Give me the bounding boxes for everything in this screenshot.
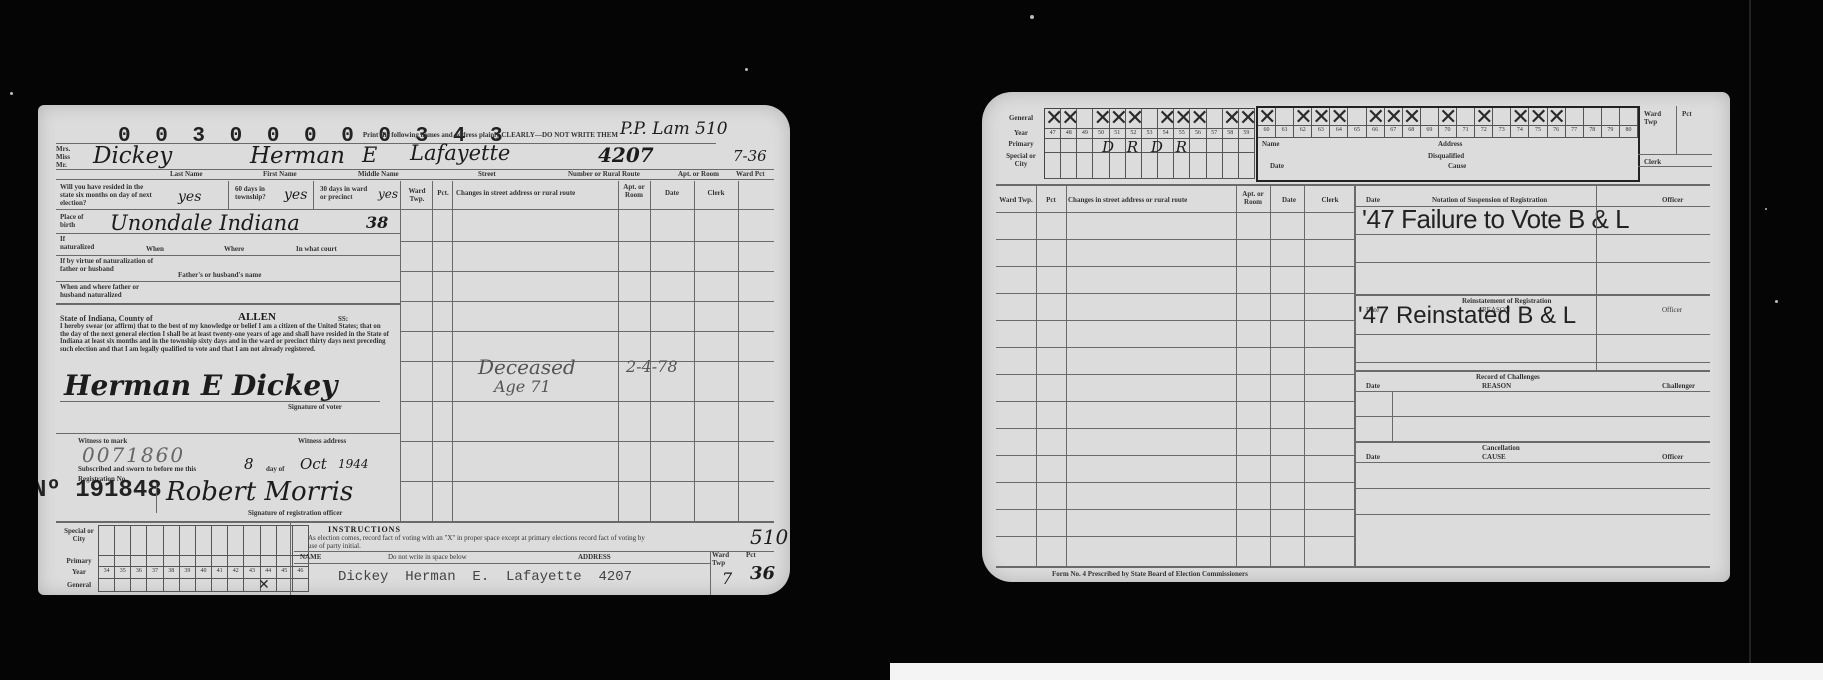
vote-x-mark: ✕ (258, 575, 270, 595)
day-of-label: day of (266, 465, 284, 473)
officer-signature: Robert Morris (166, 477, 353, 507)
divider (996, 566, 1710, 568)
divider (1596, 186, 1597, 294)
divider (452, 181, 453, 521)
form-footer: Form No. 4 Prescribed by State Board of … (1052, 570, 1248, 578)
instructions-margin-note: 510 (750, 525, 788, 549)
divider (1356, 362, 1710, 363)
year-cell: 64 (1330, 126, 1348, 138)
vote-x-mark: ✕ (1529, 108, 1547, 126)
ward-twp-header: Ward Twp. (402, 187, 432, 203)
inner-name-label: Name (1262, 140, 1280, 148)
witness-address-label: Witness address (298, 437, 346, 445)
by-virtue-label: If by virtue of naturalization of father… (60, 257, 160, 273)
grid-row-primary: Primary (1000, 140, 1042, 148)
suspension-stamp: '47 Failure to Vote B & L (1362, 204, 1629, 235)
primary-party-marks: D R D R (1102, 138, 1191, 156)
table-row-line (996, 320, 1354, 321)
vote-x-mark: ✕ (1330, 108, 1348, 126)
divider (56, 281, 400, 282)
grid-row-special: Special or City (62, 527, 96, 543)
table-row-line (996, 428, 1354, 429)
vote-x-mark: ✕ (1223, 109, 1239, 129)
challenges-reason-header: REASON (1482, 382, 1511, 390)
table-row-line (996, 482, 1354, 483)
year-cell: 48 (1061, 129, 1077, 139)
when-where-father-label: When and where father or husband natural… (60, 283, 160, 299)
table-row-line (996, 536, 1354, 537)
year-cell: 80 (1620, 126, 1638, 138)
year-cell: 35 (115, 567, 131, 579)
divider (56, 433, 400, 434)
table-row-line (400, 481, 774, 482)
table-row-line (400, 331, 774, 332)
suspension-date-header: Date (1366, 196, 1380, 204)
oath-text: I hereby swear (or affirm) that to the b… (60, 323, 390, 353)
film-speck (745, 68, 748, 71)
year-cell: 42 (228, 567, 244, 579)
divider (1356, 334, 1710, 335)
changes-col-ward: Ward Twp. (996, 196, 1036, 204)
oath-ss: SS: (338, 315, 348, 323)
when-label: When (146, 245, 164, 253)
divider (313, 181, 314, 209)
divider (1356, 462, 1710, 463)
table-row-line (996, 401, 1354, 402)
thirty-days-answer: yes (378, 187, 398, 201)
vote-x-mark: ✕ (1045, 109, 1061, 129)
sixty-days-answer: yes (284, 187, 307, 203)
sworn-month: Oct (300, 455, 327, 473)
vote-x-mark: ✕ (1126, 109, 1142, 129)
divider (56, 303, 400, 305)
apt-room-label: Apt. or Room (678, 170, 719, 178)
vote-x-mark: ✕ (1367, 108, 1385, 126)
divider (294, 551, 774, 552)
in-what-court-label: In what court (296, 245, 337, 253)
stub-pct-label: Pct (746, 551, 756, 559)
six-months-question: Will you have resided in the state six m… (60, 183, 152, 207)
vote-x-mark: ✕ (1385, 108, 1403, 126)
signature-of-voter-label: Signature of voter (288, 403, 342, 411)
street-value: Lafayette (410, 141, 510, 165)
vote-x-mark: ✕ (1110, 109, 1126, 129)
year-cell: 65 (1348, 126, 1366, 138)
divider (294, 563, 710, 564)
stub-pct-value: 36 (750, 563, 775, 584)
year-cell: 40 (196, 567, 212, 579)
grid-row-general: General (62, 581, 96, 589)
divider (400, 181, 401, 521)
oath-state-county: State of Indiana, County of (60, 315, 153, 323)
title-label-mrs: Mrs. (56, 145, 70, 153)
divider (1638, 154, 1712, 155)
table-row-line (996, 266, 1354, 267)
film-frame-edge (890, 663, 1823, 680)
inner-address-label: Address (1438, 140, 1462, 148)
table-row-line (996, 212, 1354, 213)
divider (650, 181, 651, 521)
changes-header: Changes in street address or rural route (456, 189, 616, 197)
table-row-line (400, 401, 774, 402)
divider (1356, 370, 1710, 372)
divider (1356, 391, 1710, 392)
voting-year-cells: ✕✕✕✕✕✕✕✕✕✕✕✕ 60 61 62 63 64 65 66 67 68 … (1258, 108, 1638, 138)
stub-ward-value: 7 (722, 569, 732, 588)
middle-name-value: E (362, 143, 377, 167)
cancellation-title: Cancellation (1482, 444, 1520, 452)
suspension-officer-header: Officer (1662, 196, 1683, 204)
film-speck (1030, 15, 1034, 19)
year-cell: 63 (1312, 126, 1330, 138)
film-speck (1765, 208, 1767, 210)
divider (618, 181, 619, 521)
divider (1354, 186, 1356, 566)
vote-x-mark: ✕ (1239, 109, 1255, 129)
grid-row-general: General (1000, 114, 1042, 122)
divider (432, 181, 433, 521)
divider (56, 255, 400, 256)
year-cell: 75 (1529, 126, 1547, 138)
grid-row-special: Special or City (1000, 152, 1042, 168)
divider (56, 179, 774, 180)
vote-x-mark: ✕ (1061, 109, 1077, 129)
table-row-line (400, 271, 774, 272)
pct-label: Pct (1682, 110, 1692, 118)
top-right-annotation: P.P. Lam 510 (620, 119, 728, 139)
registration-card-front: 0 0 3 0 0 0 0 0 3 4 3 Print the followin… (38, 105, 790, 595)
table-row-line (996, 293, 1354, 294)
birth-place-value: Unondale Indiana (110, 211, 300, 235)
year-cell: 57 (1207, 129, 1223, 139)
vote-x-mark: ✕ (1403, 108, 1421, 126)
vote-x-mark: ✕ (1511, 108, 1529, 126)
street-label: Street (478, 170, 496, 178)
year-cell: 58 (1223, 129, 1239, 139)
changes-col-date: Date (1272, 196, 1306, 204)
year-cell: 71 (1457, 126, 1475, 138)
film-speck (1775, 300, 1778, 303)
year-cell: 49 (1077, 129, 1093, 139)
year-cell: 60 (1258, 126, 1276, 138)
vote-x-mark: ✕ (1258, 108, 1276, 126)
last-name-label: Last Name (170, 170, 202, 178)
cancellation-cause-header: CAUSE (1482, 453, 1506, 461)
grid-row-primary: Primary (62, 557, 96, 565)
table-row-line (400, 441, 774, 442)
change-entry-text: Deceased (478, 355, 576, 379)
table-row-line (400, 301, 774, 302)
ward-pct-value: 7-36 (733, 147, 767, 165)
voting-year-cells: 34 35 36 37 38 39 40 41 42 43 44 45 46 (98, 525, 309, 592)
divider (1356, 441, 1710, 443)
year-cell: 37 (147, 567, 163, 579)
suspension-notation-header: Notation of Suspension of Registration (1432, 196, 1547, 204)
changes-col-clerk: Clerk (1308, 196, 1352, 204)
clerk-header: Clerk (696, 189, 736, 197)
year-cell: 66 (1367, 126, 1385, 138)
year-cell: 36 (131, 567, 147, 579)
fathers-name-label: Father's or husband's name (178, 271, 261, 279)
vote-x-mark: ✕ (1158, 109, 1174, 129)
voting-grid-1960-1980: ✕✕✕✕✕✕✕✕✕✕✕✕ 60 61 62 63 64 65 66 67 68 … (1256, 106, 1640, 182)
clerk-label: Clerk (1644, 158, 1661, 166)
if-naturalized-label: If naturalized (60, 235, 100, 251)
inner-disqualified-label: Disqualified (1428, 152, 1464, 160)
challenges-title: Record of Challenges (1476, 373, 1540, 381)
thirty-days-question: 30 days in ward or precinct (320, 185, 375, 201)
birth-age-value: 38 (366, 213, 388, 232)
inner-date-label: Date (1270, 162, 1284, 170)
number-label: Number or Rural Route (568, 170, 640, 178)
table-row-line (996, 239, 1354, 240)
reinstatement-officer-header: Officer (1662, 306, 1682, 314)
vote-x-mark: ✕ (1475, 108, 1493, 126)
divider (1356, 416, 1710, 417)
year-cell: 41 (212, 567, 228, 579)
sworn-day: 8 (244, 455, 254, 473)
year-cell: 39 (180, 567, 196, 579)
film-speck (10, 92, 13, 95)
challenges-challenger-header: Challenger (1662, 382, 1695, 390)
place-of-birth-label: Place of birth (60, 213, 100, 229)
year-cell: 73 (1493, 126, 1511, 138)
cancellation-date-header: Date (1366, 453, 1380, 461)
year-cell: 70 (1439, 126, 1457, 138)
year-cell: 79 (1602, 126, 1620, 138)
county-value: ALLEN (238, 311, 276, 323)
stub-address-label: ADDRESS (578, 553, 611, 561)
voter-signature: Herman E Dickey (64, 369, 337, 402)
instructions-text: As election comes, record fact of voting… (308, 534, 648, 550)
divider (56, 521, 774, 523)
instructions-title: INSTRUCTIONS (328, 525, 401, 534)
inner-cause-label: Cause (1448, 162, 1466, 170)
house-number-value: 4207 (598, 143, 654, 167)
title-label-mr: Mr. (56, 161, 67, 169)
stub-twp-label: Twp (712, 559, 725, 567)
year-cell: 59 (1239, 129, 1255, 139)
vote-x-mark: ✕ (1312, 108, 1330, 126)
header-instruction: Print the following names and address pl… (288, 131, 618, 139)
pct-header: Pct. (434, 189, 452, 197)
reinstatement-stamp: '47 Reinstated B & L (1358, 302, 1576, 330)
divider (156, 483, 157, 513)
year-cell: 62 (1294, 126, 1312, 138)
year-cell: 47 (1045, 129, 1061, 139)
six-months-answer: yes (178, 189, 201, 205)
stub-ward-label: Ward (712, 551, 729, 559)
year-cell: 68 (1403, 126, 1421, 138)
registration-card-back: General Year Primary Special or City ✕✕✕… (982, 92, 1730, 582)
divider (1356, 514, 1710, 515)
vote-x-mark: ✕ (1190, 109, 1206, 129)
divider (710, 551, 711, 595)
stub-do-not-write: Do not write in space below (388, 553, 467, 561)
changes-col-address: Changes in street address or rural route (1068, 196, 1238, 204)
year-cell: 34 (99, 567, 115, 579)
sworn-year: 1944 (338, 457, 369, 471)
year-cell: 67 (1385, 126, 1403, 138)
year-cell: 61 (1276, 126, 1294, 138)
film-edge-line (1749, 0, 1751, 680)
vote-x-mark: ✕ (1439, 108, 1457, 126)
divider (56, 209, 774, 210)
year-cell: 78 (1584, 126, 1602, 138)
divider (694, 181, 695, 521)
divider (228, 181, 229, 209)
year-cell: 72 (1475, 126, 1493, 138)
vote-x-mark: ✕ (1174, 109, 1190, 129)
divider (1596, 296, 1597, 370)
divider (290, 523, 291, 595)
grid-row-year: Year (62, 568, 96, 576)
stub-typed-line: Dickey Herman E. Lafayette 4207 (338, 569, 632, 585)
table-row-line (996, 455, 1354, 456)
challenges-date-header: Date (1366, 382, 1380, 390)
first-name-value: Herman (250, 143, 345, 169)
divider (1356, 488, 1710, 489)
year-cell: 56 (1190, 129, 1206, 139)
divider (1356, 294, 1710, 296)
year-cell: 46 (293, 567, 309, 579)
ward-twp-label: Ward Twp (1644, 110, 1674, 126)
table-row-line (400, 241, 774, 242)
year-cell: 76 (1548, 126, 1566, 138)
cancellation-officer-header: Officer (1662, 453, 1683, 461)
subscribed-label: Subscribed and sworn to before me this (78, 465, 196, 473)
divider (1356, 234, 1710, 235)
vote-x-mark: ✕ (1294, 108, 1312, 126)
changes-col-pct: Pct (1036, 196, 1066, 204)
year-cell: 77 (1566, 126, 1584, 138)
officer-signature-label: Signature of registration officer (248, 509, 342, 517)
divider (1356, 262, 1710, 263)
registration-number: Nº 191848 (38, 477, 162, 504)
vote-x-mark: ✕ (1093, 109, 1109, 129)
date-header: Date (652, 189, 692, 197)
sixty-days-question: 60 days in township? (235, 185, 285, 201)
table-row-line (996, 347, 1354, 348)
title-label-miss: Miss (56, 153, 70, 161)
divider (996, 184, 1710, 186)
changes-col-apt: Apt. or Room (1236, 190, 1270, 206)
change-entry-date: 2-4-78 (626, 357, 678, 376)
table-row-line (996, 374, 1354, 375)
year-cell: 74 (1511, 126, 1529, 138)
divider (56, 233, 400, 234)
signature-line (60, 401, 380, 402)
divider (738, 181, 739, 521)
divider (1676, 106, 1677, 154)
divider (1638, 166, 1712, 167)
year-cell: 38 (164, 567, 180, 579)
divider (56, 169, 774, 170)
vote-x-mark: ✕ (1548, 108, 1566, 126)
change-entry-subtext: Age 71 (494, 377, 551, 396)
table-row-line (400, 361, 774, 362)
first-name-label: First Name (263, 170, 297, 178)
stub-name-label: NAME (300, 553, 321, 561)
middle-name-label: Middle Name (358, 170, 399, 178)
apt-room-header: Apt. or Room (620, 183, 648, 199)
voting-record-grid: Special or City Primary Year General 34 … (60, 525, 286, 591)
grid-row-year: Year (1000, 129, 1042, 137)
last-name-value: Dickey (93, 143, 172, 169)
table-row-line (996, 509, 1354, 510)
year-cell: 69 (1421, 126, 1439, 138)
ward-pct-label: Ward Pct (736, 170, 765, 178)
witness-number-handwritten: 0071860 (82, 443, 185, 467)
where-label: Where (224, 245, 244, 253)
